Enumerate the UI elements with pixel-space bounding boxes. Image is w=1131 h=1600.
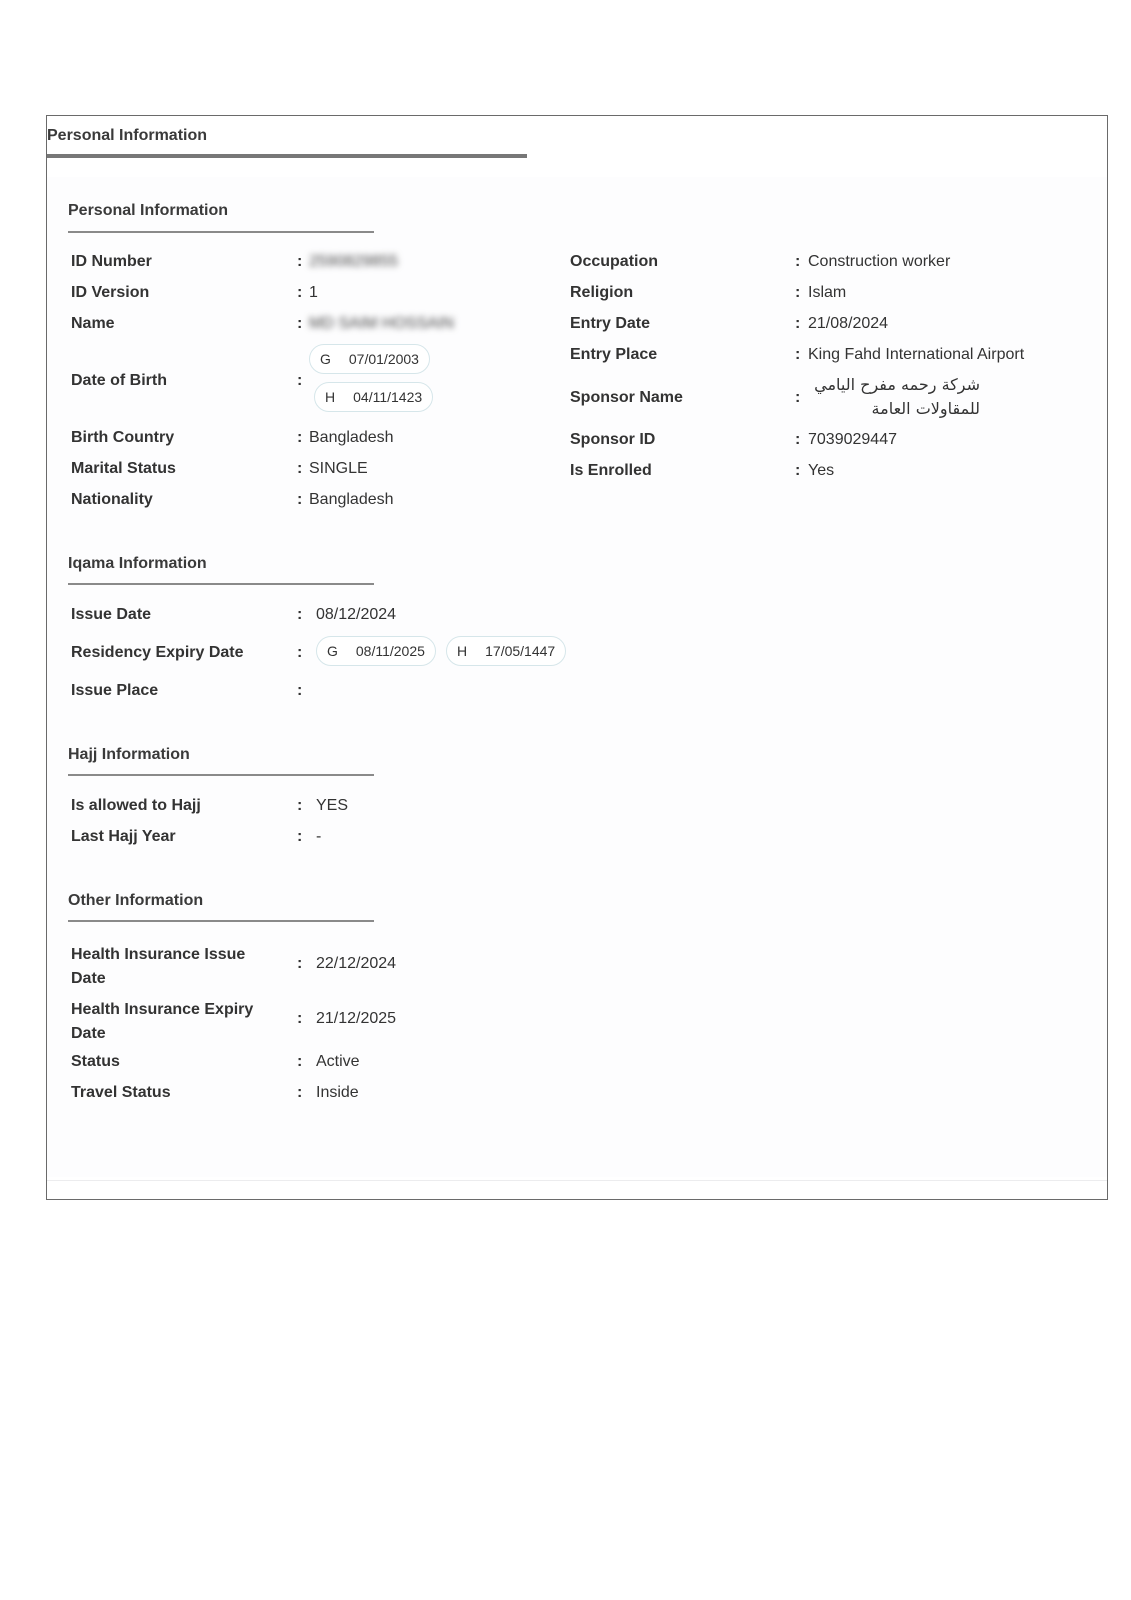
row-sponsor-name: Sponsor Name : شركة رحمه مفرح اليامي للم… [570,373,1090,423]
sponsor-name-line-1: شركة رحمه مفرح اليامي [808,373,980,397]
hijri-tag: H [457,643,467,659]
label-is-enrolled: Is Enrolled [570,462,652,480]
label-residency-expiry: Residency Expiry Date [71,644,244,662]
residency-hijri-pill: H 17/05/1447 [446,636,566,666]
value-marital-status: SINGLE [309,460,368,478]
value-travel-status: Inside [316,1084,359,1102]
section-divider [68,583,374,585]
separator: : [297,606,302,624]
label-line-1: Health Insurance Expiry [71,998,253,1022]
dob-hijri-pill: H 04/11/1423 [314,382,433,412]
value-is-enrolled: Yes [808,462,834,480]
value-health-insurance-issue: 22/12/2024 [316,955,396,973]
row-issue-date: Issue Date : 08/12/2024 [71,606,631,626]
row-id-number: ID Number : 2590829855 [71,253,551,273]
label-line-2: Date [71,967,245,991]
separator: : [795,389,800,407]
residency-gregorian-value: 08/11/2025 [356,643,425,659]
label-status: Status [71,1053,120,1071]
row-sponsor-id: Sponsor ID : 7039029447 [570,431,1090,451]
section-title-other: Other Information [68,892,203,910]
personal-information-panel: Personal Information Personal Informatio… [46,115,1108,1200]
separator: : [297,284,302,302]
value-birth-country: Bangladesh [309,429,394,447]
panel-footer-divider [47,1180,1107,1181]
separator: : [297,682,302,700]
value-entry-date: 21/08/2024 [808,315,888,333]
label-entry-date: Entry Date [570,315,650,333]
separator: : [297,429,302,447]
value-status: Active [316,1053,360,1071]
row-status: Status : Active [71,1053,551,1073]
label-line-1: Health Insurance Issue [71,943,245,967]
label-occupation: Occupation [570,253,658,271]
row-residency-expiry: Residency Expiry Date : G 08/11/2025 H 1… [71,635,631,669]
panel-header: Personal Information [47,116,1107,178]
separator: : [297,315,302,333]
panel-body: Personal Information ID Number : 2590829… [47,177,1107,1177]
label-last-hajj-year: Last Hajj Year [71,828,176,846]
label-birth-country: Birth Country [71,429,174,447]
value-name-redacted: MD SAIM HOSSAIN [309,315,454,333]
separator: : [297,955,302,973]
separator: : [795,462,800,480]
label-religion: Religion [570,284,633,302]
value-last-hajj-year: - [316,828,321,846]
separator: : [297,1010,302,1028]
row-issue-place: Issue Place : [71,682,631,702]
label-health-insurance-expiry: Health Insurance Expiry Date [71,998,253,1046]
row-nationality: Nationality : Bangladesh [71,491,551,511]
separator: : [297,644,302,662]
label-sponsor-name: Sponsor Name [570,389,683,407]
row-entry-date: Entry Date : 21/08/2024 [570,315,1090,335]
row-name: Name : MD SAIM HOSSAIN [71,315,551,335]
row-health-insurance-issue: Health Insurance Issue Date : 22/12/2024 [71,943,551,991]
tab-personal-information[interactable]: Personal Information [47,127,207,145]
separator: : [795,315,800,333]
value-id-version: 1 [309,284,318,302]
separator: : [297,797,302,815]
separator: : [297,253,302,271]
value-sponsor-id: 7039029447 [808,431,897,449]
dob-gregorian-pill: G 07/01/2003 [309,344,430,374]
separator: : [297,1053,302,1071]
row-birth-country: Birth Country : Bangladesh [71,429,551,449]
row-health-insurance-expiry: Health Insurance Expiry Date : 21/12/202… [71,998,551,1046]
row-occupation: Occupation : Construction worker [570,253,1090,273]
active-tab-indicator [47,154,527,158]
label-date-of-birth: Date of Birth [71,372,167,390]
value-issue-date: 08/12/2024 [316,606,396,624]
section-divider [68,231,374,233]
section-divider [68,774,374,776]
section-title-iqama: Iqama Information [68,555,207,573]
value-religion: Islam [808,284,846,302]
row-is-enrolled: Is Enrolled : Yes [570,462,1090,482]
value-health-insurance-expiry: 21/12/2025 [316,1010,396,1028]
gregorian-tag: G [327,643,338,659]
gregorian-tag: G [320,351,331,367]
label-marital-status: Marital Status [71,460,176,478]
label-issue-place: Issue Place [71,682,158,700]
value-sponsor-name: شركة رحمه مفرح اليامي للمقاولات العامة [808,373,980,421]
label-line-2: Date [71,1022,253,1046]
label-allowed-hajj: Is allowed to Hajj [71,797,201,815]
sponsor-name-line-2: للمقاولات العامة [808,397,980,421]
separator: : [795,253,800,271]
row-religion: Religion : Islam [570,284,1090,304]
row-id-version: ID Version : 1 [71,284,551,304]
row-travel-status: Travel Status : Inside [71,1084,551,1104]
value-entry-place: King Fahd International Airport [808,346,1024,364]
label-health-insurance-issue: Health Insurance Issue Date [71,943,245,991]
separator: : [297,1084,302,1102]
residency-hijri-value: 17/05/1447 [485,643,555,659]
dob-hijri-value: 04/11/1423 [353,389,422,405]
separator: : [795,284,800,302]
row-date-of-birth: Date of Birth : G 07/01/2003 H 04/11/142… [71,342,551,424]
value-nationality: Bangladesh [309,491,394,509]
separator: : [297,372,302,390]
section-divider [68,920,374,922]
dob-gregorian-value: 07/01/2003 [349,351,419,367]
row-last-hajj-year: Last Hajj Year : - [71,828,551,848]
label-sponsor-id: Sponsor ID [570,431,655,449]
separator: : [795,431,800,449]
value-allowed-hajj: YES [316,797,348,815]
separator: : [795,346,800,364]
separator: : [297,828,302,846]
label-issue-date: Issue Date [71,606,151,624]
section-title-personal: Personal Information [68,202,228,220]
value-occupation: Construction worker [808,253,950,271]
label-entry-place: Entry Place [570,346,657,364]
row-entry-place: Entry Place : King Fahd International Ai… [570,346,1090,366]
hijri-tag: H [325,389,335,405]
residency-gregorian-pill: G 08/11/2025 [316,636,436,666]
label-name: Name [71,315,115,333]
value-id-number-redacted: 2590829855 [309,253,398,271]
separator: : [297,460,302,478]
section-title-hajj: Hajj Information [68,746,190,764]
row-allowed-hajj: Is allowed to Hajj : YES [71,797,551,817]
label-id-number: ID Number [71,253,152,271]
separator: : [297,491,302,509]
row-marital-status: Marital Status : SINGLE [71,460,551,480]
label-id-version: ID Version [71,284,149,302]
label-travel-status: Travel Status [71,1084,171,1102]
label-nationality: Nationality [71,491,153,509]
